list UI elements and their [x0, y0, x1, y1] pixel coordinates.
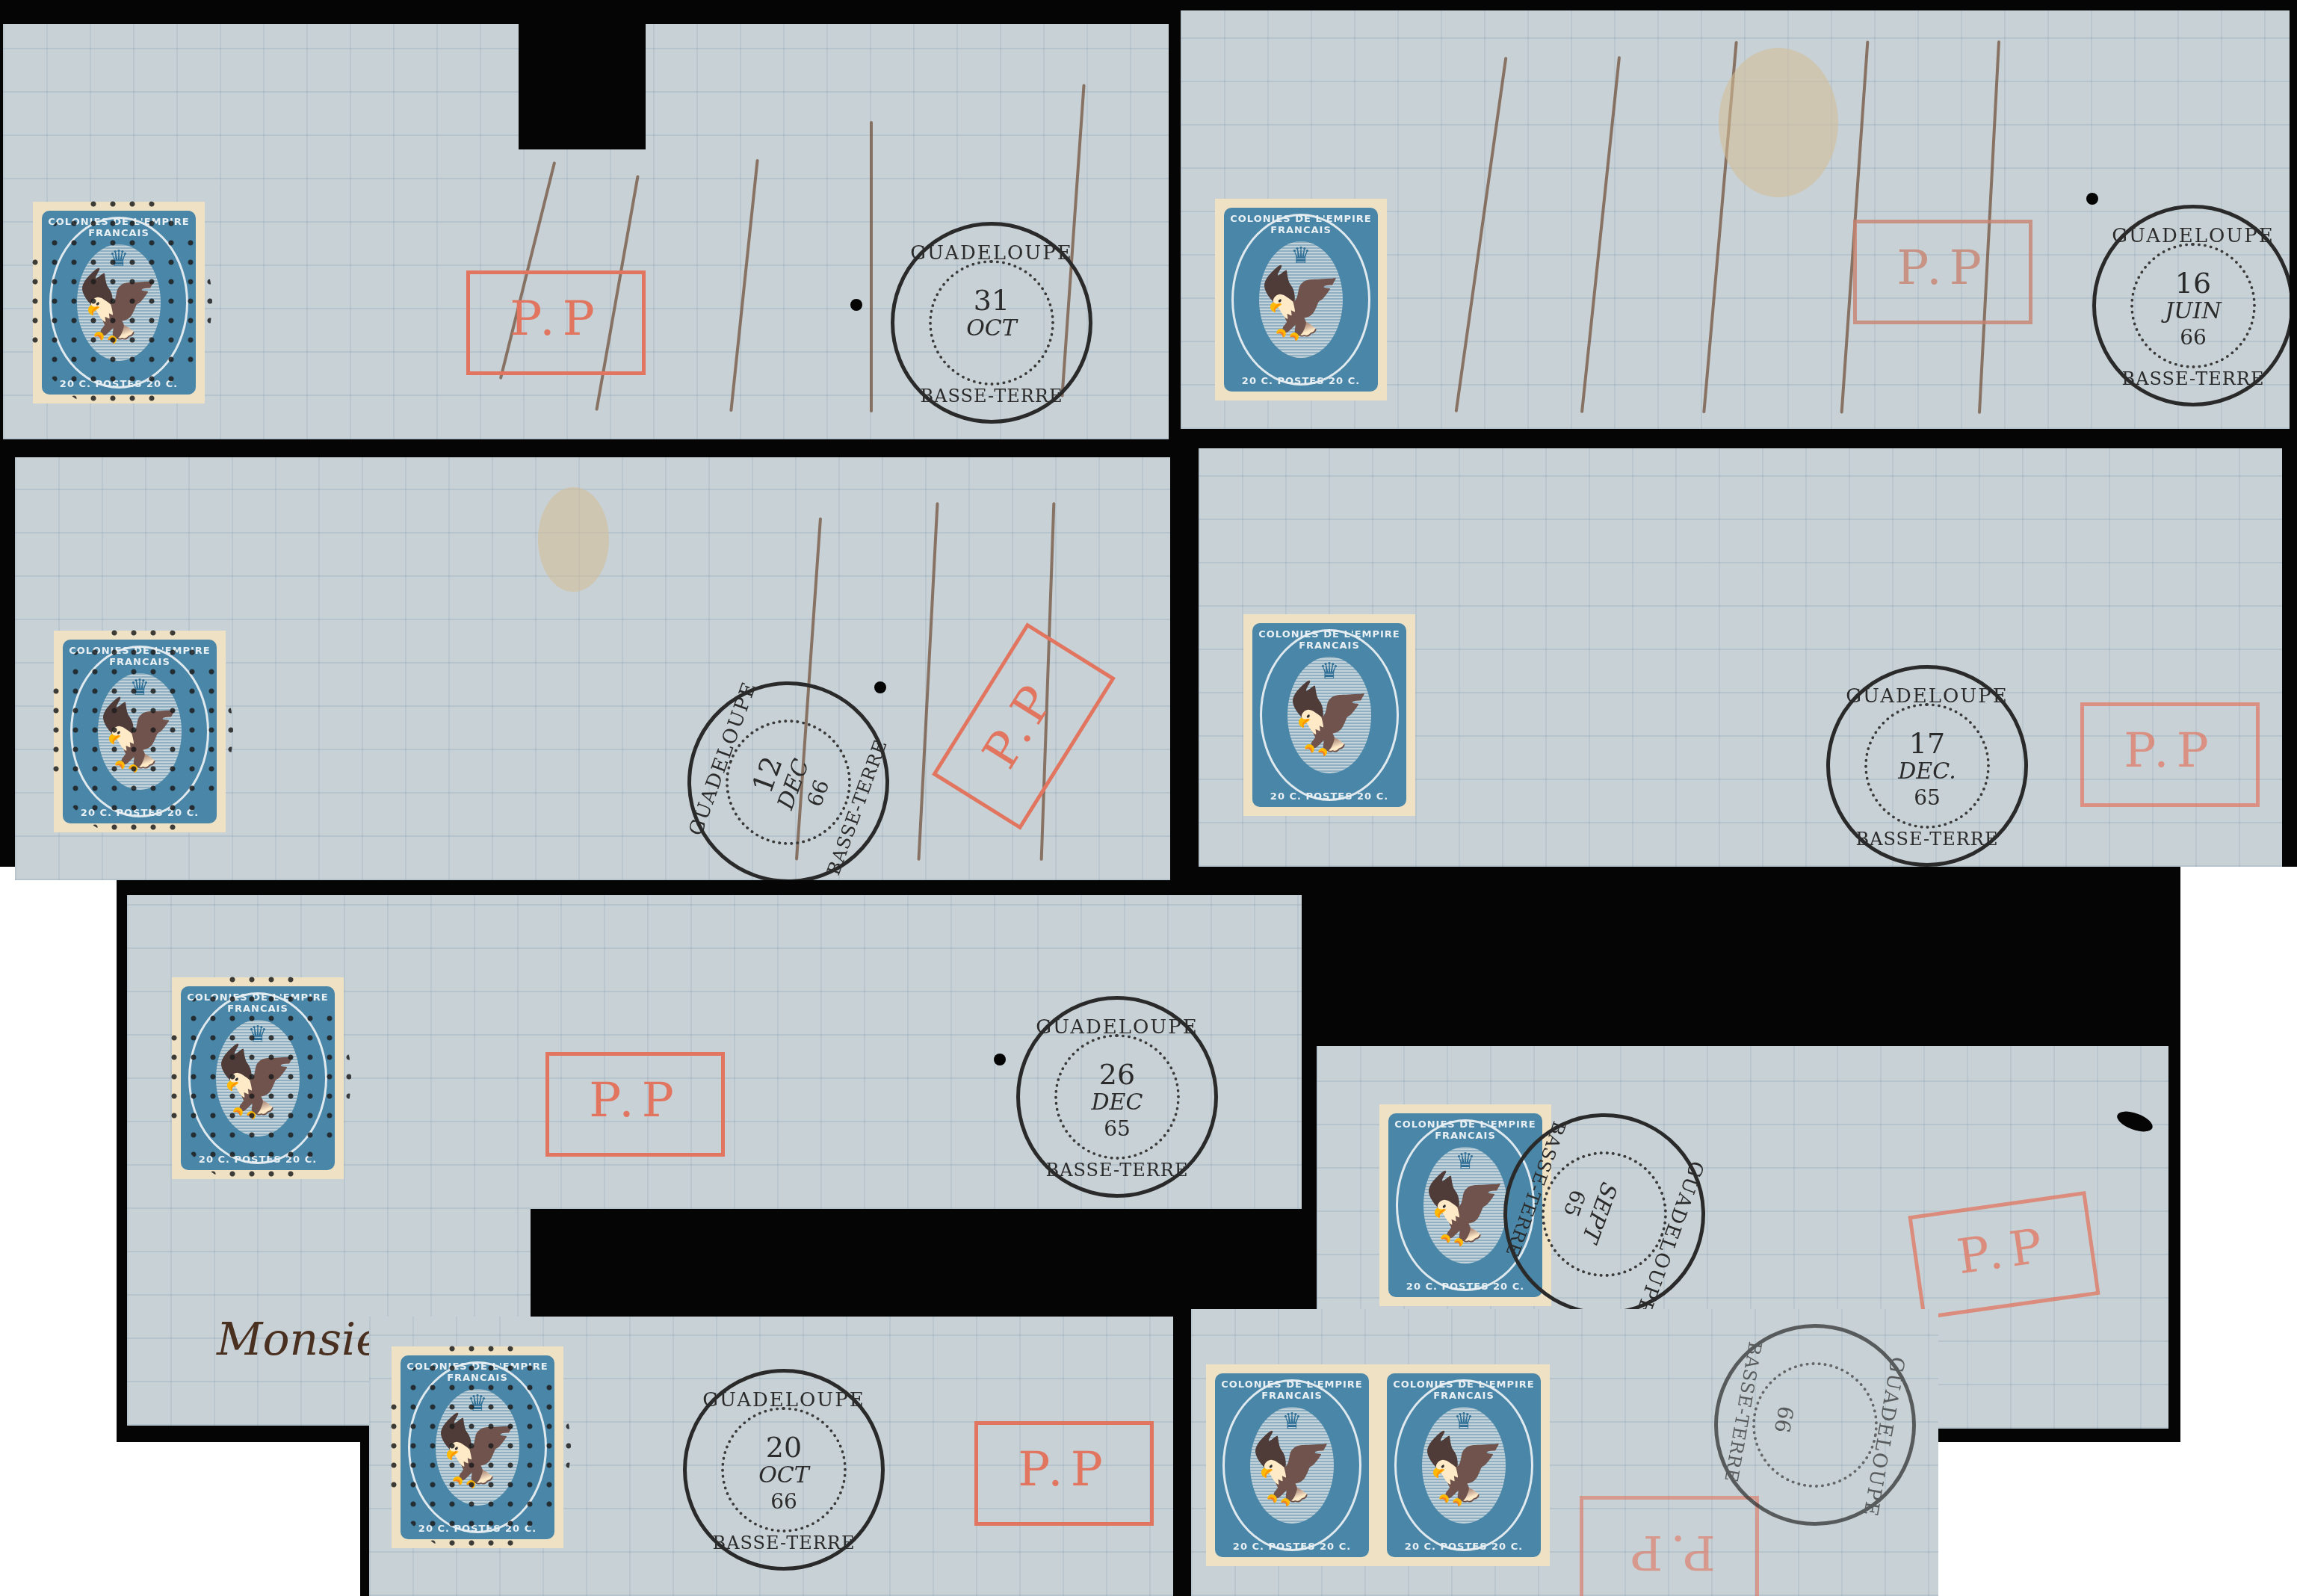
pp-mark: P.P [1853, 220, 2032, 324]
dot-cancel [164, 970, 351, 1187]
fragment-7: ♛ 🦅 COLONIES DE L'EMPIRE FRANCAIS 20 C. … [369, 1317, 1173, 1596]
stamp-pair-second: ♛ 🦅 COLONIES DE L'EMPIRE FRANCAIS 20 C. … [1378, 1364, 1550, 1566]
pp-mark: P.P [974, 1421, 1154, 1526]
postmark: GUADELOUPE 66 BASSE-TERRE [1698, 1309, 1932, 1541]
pp-mark: P.P [545, 1052, 725, 1157]
fragment-2: ♛ 🦅 COLONIES DE L'EMPIRE FRANCAIS 20 C. … [1181, 10, 2290, 429]
eagle-icon: 🦅 [1423, 1175, 1509, 1243]
stamp: ♛ 🦅 COLONIES DE L'EMPIRE FRANCAIS 20 C. … [54, 631, 226, 832]
postmark: GUADELOUPE 16 JUIN 66 BASSE-TERRE [2092, 205, 2290, 406]
dot-cancel [46, 623, 233, 840]
fragment-3: ♛ 🦅 COLONIES DE L'EMPIRE FRANCAIS 20 C. … [15, 457, 1170, 880]
notch [519, 24, 646, 149]
postmark: GUADELOUPE 31 OCT BASSE-TERRE [891, 222, 1092, 424]
eagle-icon: 🦅 [1287, 684, 1373, 753]
postmark: GUADELOUPE 26 DEC 65 BASSE-TERRE [1016, 996, 1218, 1198]
pp-mark: P.P [2080, 702, 2260, 807]
postmark: GUADELOUPE 20 OCT 66 BASSE-TERRE [683, 1369, 885, 1571]
stamp: ♛ 🦅 COLONIES DE L'EMPIRE FRANCAIS 20 C. … [1243, 614, 1415, 816]
fragment-8: ♛ 🦅 COLONIES DE L'EMPIRE FRANCAIS 20 C. … [1191, 1309, 1938, 1596]
pp-mark: P.P [932, 622, 1116, 830]
dot-cancel [384, 1339, 571, 1556]
stamp: ♛ 🦅 COLONIES DE L'EMPIRE FRANCAIS 20 C. … [1206, 1364, 1378, 1566]
eagle-icon: 🦅 [1421, 1435, 1507, 1503]
stamp: ♛ 🦅 COLONIES DE L'EMPIRE FRANCAIS 20 C. … [172, 977, 344, 1179]
eagle-icon: 🦅 [1258, 269, 1344, 338]
fragment-4: ♛ 🦅 COLONIES DE L'EMPIRE FRANCAIS 20 C. … [1199, 448, 2282, 867]
stamp: ♛ 🦅 COLONIES DE L'EMPIRE FRANCAIS 20 C. … [1215, 199, 1387, 400]
dot-cancel [25, 194, 212, 411]
stamp: ♛ 🦅 COLONIES DE L'EMPIRE FRANCAIS 20 C. … [33, 202, 205, 403]
pp-mark: P.P [466, 270, 646, 375]
fragment-1: ♛ 🦅 COLONIES DE L'EMPIRE FRANCAIS 20 C. … [3, 24, 1169, 439]
pp-mark: P.P [1908, 1191, 2100, 1320]
eagle-icon: 🦅 [1249, 1435, 1335, 1503]
pp-mark: P.P [1580, 1496, 1759, 1596]
postmark: GUADELOUPE 17 DEC. 65 BASSE-TERRE [1826, 665, 2028, 867]
stamp: ♛ 🦅 COLONIES DE L'EMPIRE FRANCAIS 20 C. … [392, 1346, 563, 1548]
